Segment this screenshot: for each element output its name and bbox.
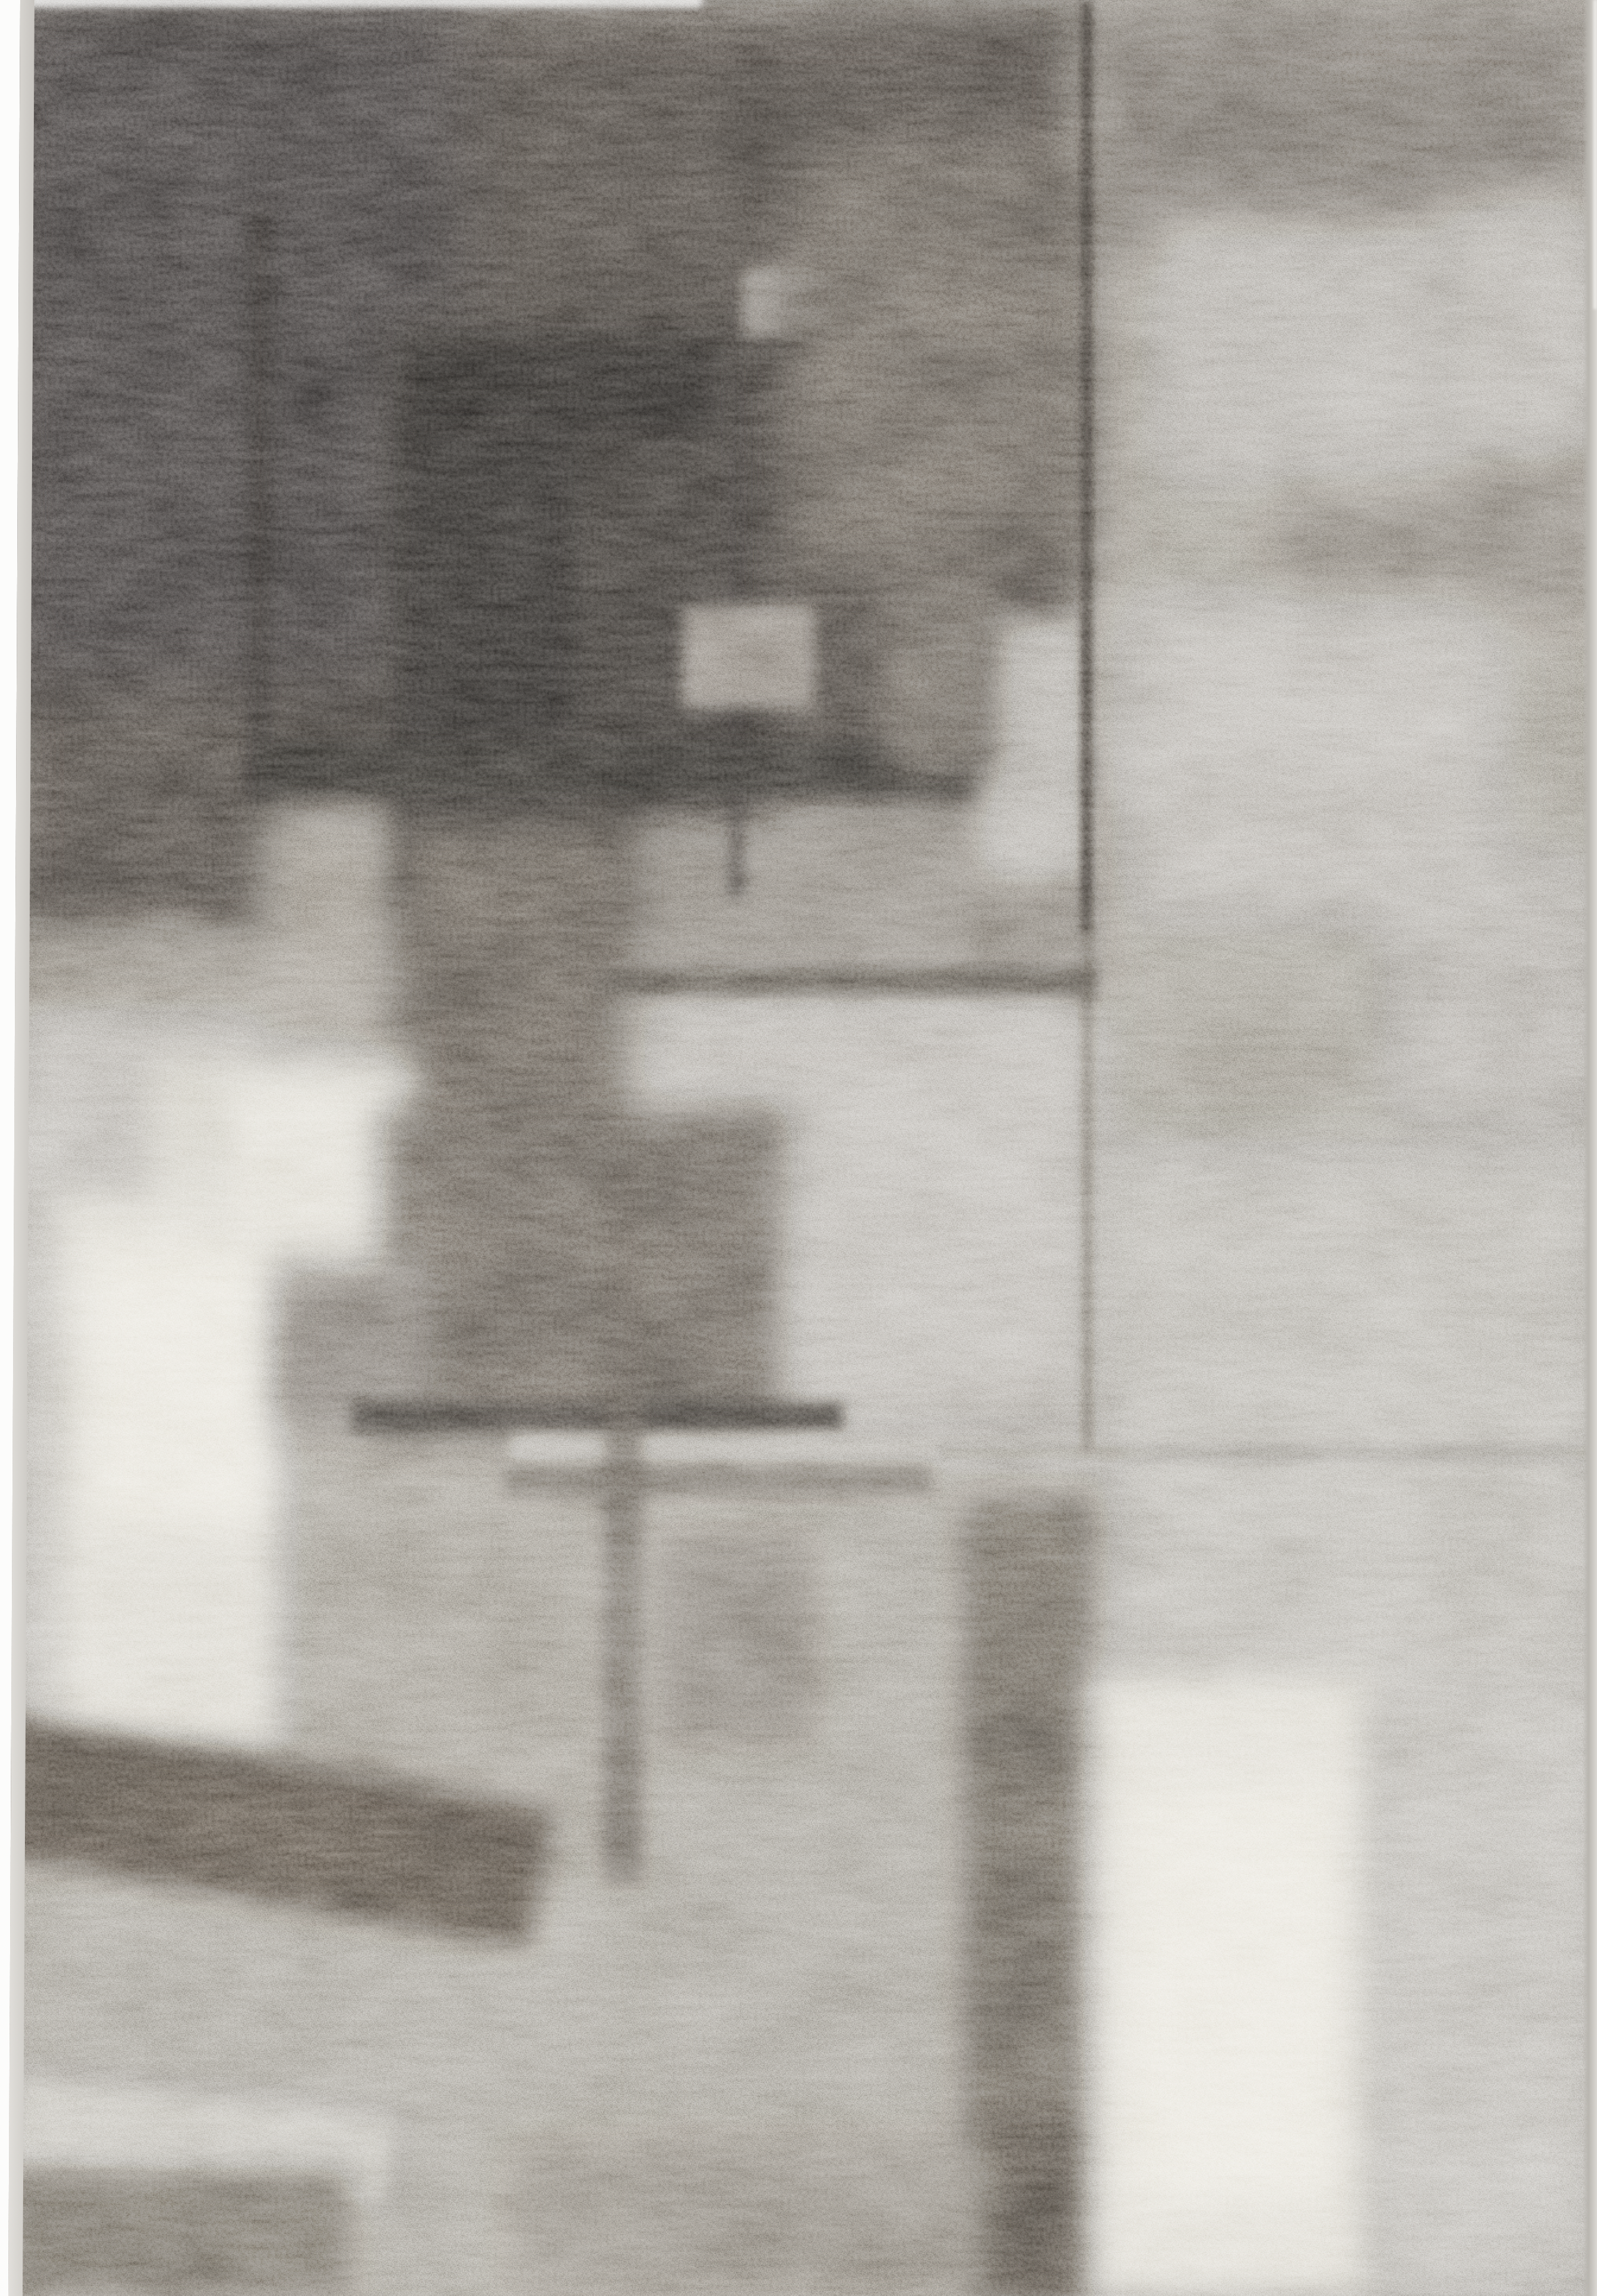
rug-product-photo <box>0 0 1597 2296</box>
rug-patch-top-right-light-2 <box>1444 196 1597 458</box>
rug-patch-bottom-left-dark-corner <box>6 2169 351 2296</box>
rug-patch-top-right-light-1 <box>1159 226 1456 481</box>
rug-patch-midtone-right-of-square <box>796 149 1093 570</box>
rug-patch-center-dark-block <box>380 1105 784 1438</box>
rug-patch-block-bottom-line <box>351 1401 844 1432</box>
rug-patch-right-column-light <box>1096 1159 1597 1699</box>
rug-patch-vertical-seam-mid <box>1081 927 1093 1450</box>
rug-patch-dark-column-corner <box>979 2115 1092 2296</box>
rug-patch-pre-seam-dark-blotch <box>885 576 998 772</box>
rug-patch-vertical-seam-upper <box>1080 0 1093 933</box>
rug-patch-cream-left-bright-2 <box>232 1087 386 1236</box>
rug-patch-horizontal-line-1650 <box>594 967 1096 996</box>
rug-patch-vertical-streak-center <box>604 1159 643 1884</box>
rug-patch-bottom-right-gray-zone <box>1366 1682 1597 2296</box>
rug-patch-cream-left-bright <box>89 1242 261 1527</box>
rug-patch-layer <box>0 0 1597 2296</box>
rug <box>0 0 1597 2296</box>
rug-patch-cream-bottom-right-bright <box>1129 1789 1337 2199</box>
rug-patch-top-right-light-4 <box>1396 862 1597 1117</box>
rug-patch-speckle-light-2 <box>683 606 814 707</box>
rug-patch-bottom-center-dark-edge <box>505 2139 992 2296</box>
rug-patch-center-blotch <box>654 1533 814 1741</box>
rug-patch-top-fringe-highlight <box>18 0 701 6</box>
rug-patch-faint-line-2445-right <box>939 1445 1597 1461</box>
rug-patch-inner-square-left-line <box>247 208 273 796</box>
rug-patch-dark-line-2490 <box>505 1463 933 1496</box>
